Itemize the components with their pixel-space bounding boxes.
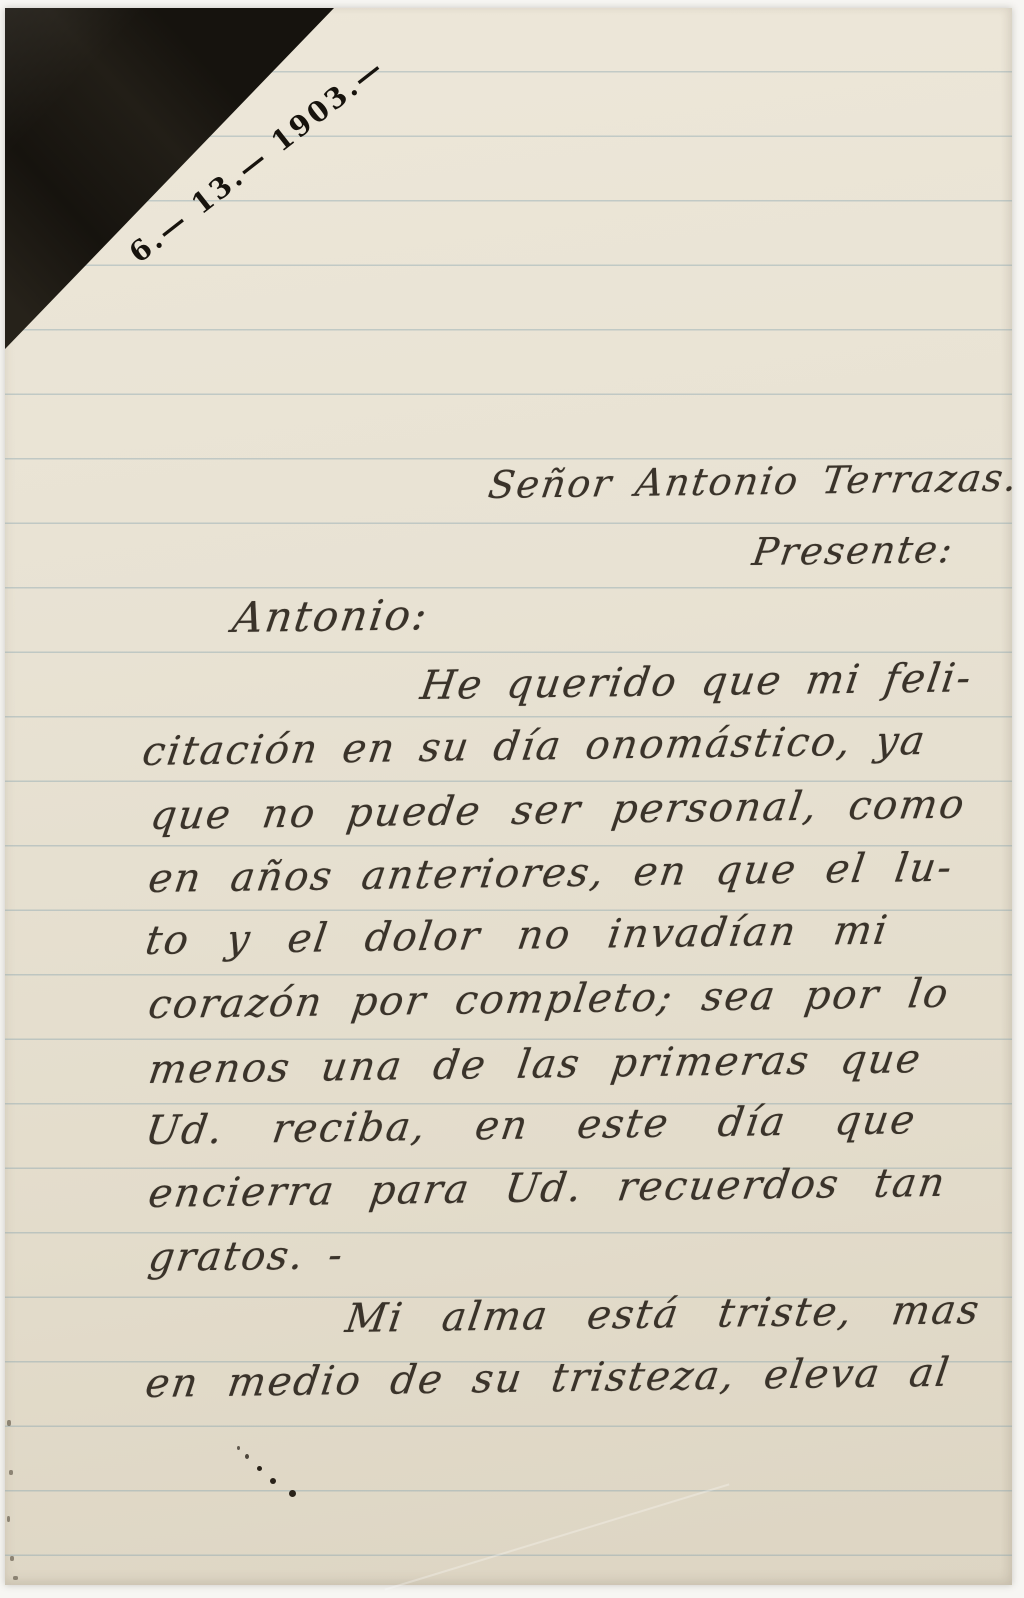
letter-page: 6.— 13.— 1903.— Señor Antonio Terrazas. … [5,8,1012,1585]
ink-spot [289,1490,296,1497]
letter-line: corazón por completo; sea por lo [146,974,952,1025]
letter-line: encierra para Ud. recuerdos tan [146,1163,949,1214]
edge-speck [9,1470,13,1475]
letter-line: en medio de su tristeza, eleva al [143,1353,953,1404]
letter-line: citación en su día onomástico, ya [140,721,929,772]
edge-speck [7,1516,10,1522]
mourning-corner-triangle [5,8,334,349]
ink-spot [237,1446,240,1450]
letter-line: gratos. - [146,1235,347,1278]
edge-speck [10,1556,14,1561]
letter-line: Ud. reciba, en este día que [143,1100,919,1151]
scan-background: 6.— 13.— 1903.— Señor Antonio Terrazas. … [0,0,1024,1598]
letter-line: to y el dolor no invadían mi [143,911,891,961]
letter-line: He querido que mi feli- [418,658,975,706]
ink-spot [245,1454,249,1459]
letter-line: Mi alma está triste, mas [343,1290,983,1339]
letter-line: que no puede ser personal, como [148,785,968,836]
ink-spot [257,1466,262,1471]
letter-line: en años anteriores, en que el lu- [146,848,956,899]
ink-spot [270,1478,276,1484]
paper-crease [385,1483,730,1590]
letter-line: menos una de las primeras que [146,1039,925,1090]
salutation-line: Antonio: [230,594,432,639]
edge-speck [13,1576,18,1580]
presente-line: Presente: [750,530,957,571]
recipient-line: Señor Antonio Terrazas. [486,459,1021,504]
edge-speck [7,1420,11,1426]
